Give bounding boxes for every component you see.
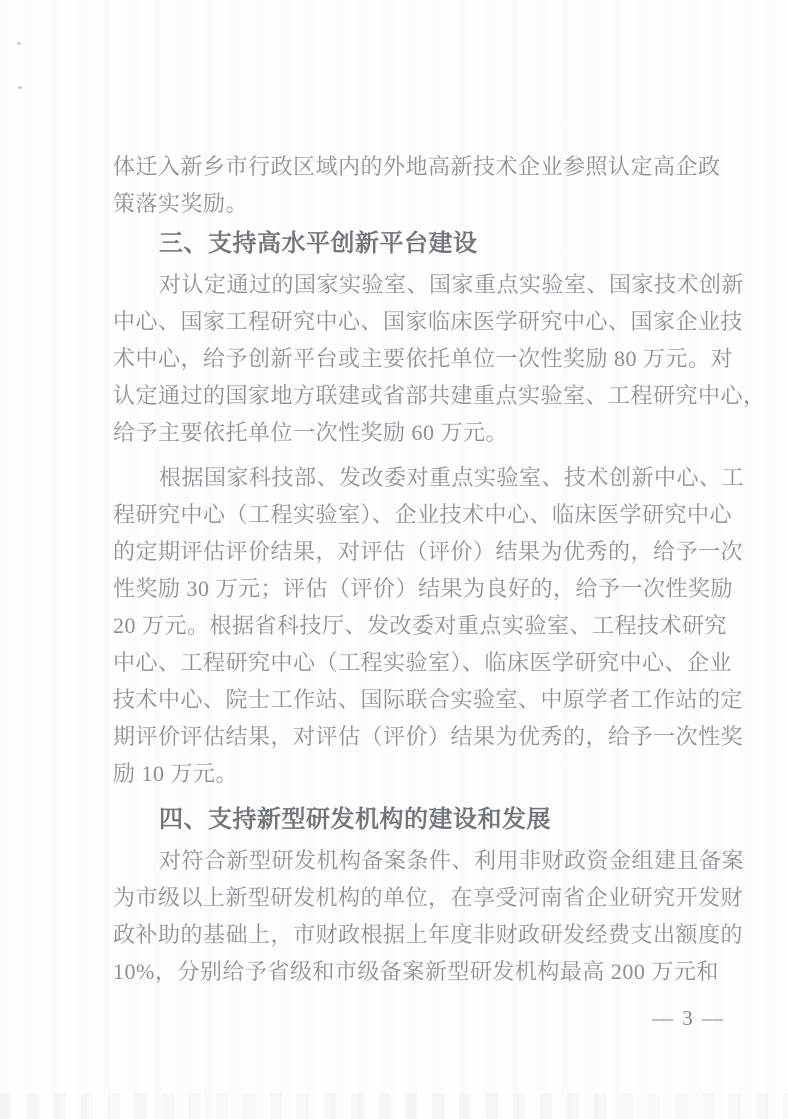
text-line: 的定期评估评价结果，对评估（评价）结果为优秀的，给予一次 [113,533,715,570]
paragraph: 对认定通过的国家实验室、国家重点实验室、国家技术创新 中心、国家工程研究中心、国… [113,266,715,451]
text-line: 对符合新型研发机构备案条件、利用非财政资金组建且备案 [113,842,715,879]
text-line: 励 10 万元。 [113,755,715,792]
section-heading-4: 四、支持新型研发机构的建设和发展 [113,800,715,840]
text-line: 期评价评估结果，对评估（评价）结果为优秀的，给予一次性奖 [113,718,715,755]
paragraph: 对符合新型研发机构备案条件、利用非财政资金组建且备案 为市级以上新型研发机构的单… [113,842,715,990]
scanned-document-page: 体迁入新乡市行政区域内的外地高新技术企业参照认定高企政 策落实奖励。 三、支持高… [0,0,788,1119]
text-line: 技术中心、院士工作站、国际联合实验室、中原学者工作站的定 [113,681,715,718]
text-line: 性奖励 30 万元；评估（评价）结果为良好的，给予一次性奖励 [113,570,715,607]
text-line: 术中心，给予创新平台或主要依托单位一次性奖励 80 万元。对 [113,340,715,377]
text-line: 为市级以上新型研发机构的单位，在享受河南省企业研究开发财 [113,879,715,916]
text-line: 认定通过的国家地方联建或省部共建重点实验室、工程研究中心， [113,377,715,414]
scan-bottom-band [0,1093,788,1119]
text-line: 政补助的基础上，市财政根据上年度非财政研发经费支出额度的 [113,916,715,953]
text-line: 20 万元。根据省科技厅、发改委对重点实验室、工程技术研究 [113,607,715,644]
scan-speck [17,42,21,45]
page-number: — 3 — [652,1006,725,1031]
section-heading-3: 三、支持高水平创新平台建设 [113,224,715,264]
text-line: 对认定通过的国家实验室、国家重点实验室、国家技术创新 [113,266,715,303]
text-line: 中心、工程研究中心（工程实验室）、临床医学研究中心、企业 [113,644,715,681]
text-line: 10%，分别给予省级和市级备案新型研发机构最高 200 万元和 [113,953,715,990]
scan-speck [18,86,22,89]
paragraph-continuation: 体迁入新乡市行政区域内的外地高新技术企业参照认定高企政 策落实奖励。 [113,148,715,222]
paragraph: 根据国家科技部、发改委对重点实验室、技术创新中心、工 程研究中心（工程实验室）、… [113,459,715,792]
text-line: 根据国家科技部、发改委对重点实验室、技术创新中心、工 [113,459,715,496]
text-line: 给予主要依托单位一次性奖励 60 万元。 [113,414,715,451]
text-line: 程研究中心（工程实验室）、企业技术中心、临床医学研究中心 [113,496,715,533]
text-line: 策落实奖励。 [113,185,715,222]
text-line: 中心、国家工程研究中心、国家临床医学研究中心、国家企业技 [113,303,715,340]
document-body: 体迁入新乡市行政区域内的外地高新技术企业参照认定高企政 策落实奖励。 三、支持高… [113,148,715,990]
text-line: 体迁入新乡市行政区域内的外地高新技术企业参照认定高企政 [113,148,715,185]
